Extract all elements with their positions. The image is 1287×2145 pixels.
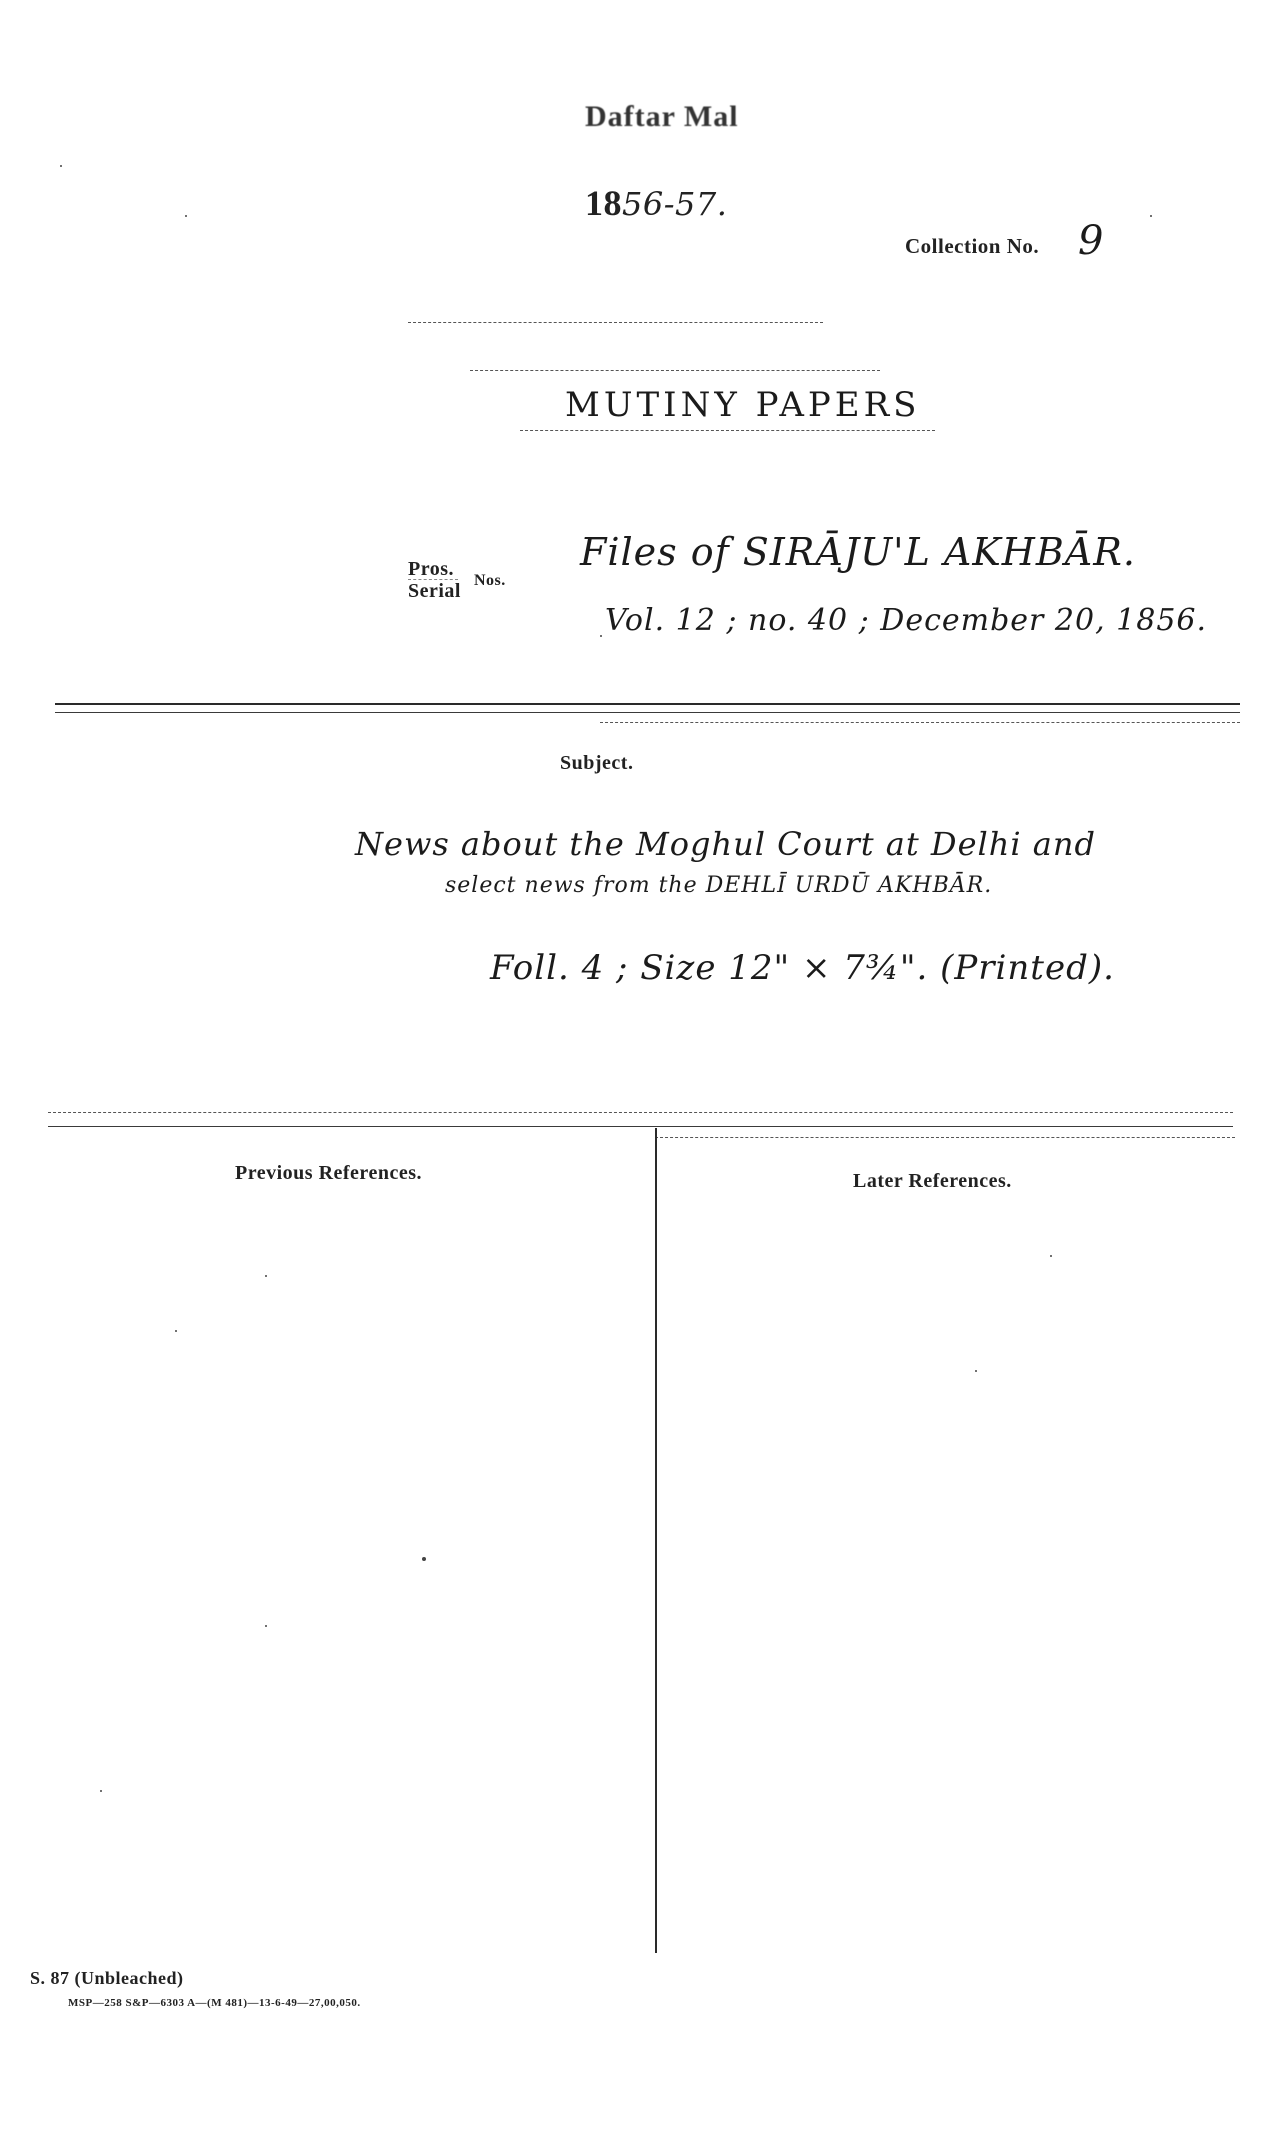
folio-size-line: Foll. 4 ; Size 12" × 7¾". (Printed). (490, 948, 1115, 988)
section-rule-bottom-2 (48, 1126, 1233, 1127)
references-divider (655, 1128, 657, 1953)
section-rule-top-2 (55, 712, 1240, 713)
section-rule-bottom-1 (48, 1112, 1233, 1113)
series-title-underline (520, 430, 935, 431)
files-title: Files of SIRĀJU'L AKHBĀR. (580, 530, 1136, 574)
section-rule-bottom-3 (655, 1137, 1235, 1138)
scan-speck (265, 1625, 267, 1627)
later-references-label: Later References. (853, 1170, 1012, 1193)
header-rule-2 (470, 370, 880, 371)
series-title: MUTINY PAPERS (565, 385, 920, 425)
collection-number: 9 (1078, 218, 1103, 264)
year-handwritten-suffix: 56-57. (622, 185, 727, 223)
scan-speck (1050, 1255, 1052, 1257)
year-printed-prefix: 18 (585, 183, 622, 223)
volume-details: Vol. 12 ; no. 40 ; December 20, 1856. (605, 603, 1207, 638)
year-field: 1856-57. (585, 182, 727, 224)
scan-speck (422, 1557, 426, 1561)
section-rule-top-3 (600, 722, 1240, 723)
previous-references-label: Previous References. (235, 1162, 422, 1185)
serial-label: Serial (408, 580, 461, 602)
scan-speck (975, 1370, 977, 1372)
scan-speck (1150, 215, 1152, 217)
department-stamp: Daftar Mal (585, 100, 739, 134)
nos-label: Nos. (474, 572, 506, 590)
scan-speck (265, 1275, 267, 1277)
collection-label: Collection No. (905, 234, 1039, 259)
form-code: S. 87 (Unbleached) (30, 1968, 184, 1989)
scan-speck (185, 215, 187, 217)
subject-line-2: select news from the DEHLĪ URDŪ AKHBĀR. (445, 873, 992, 898)
pros-label: Pros. (408, 558, 454, 580)
print-imprint: MSP—258 S&P—6303 A—(M 481)—13-6-49—27,00… (68, 1997, 361, 2009)
subject-line-1: News about the Moghul Court at Delhi and (355, 825, 1096, 863)
section-rule-top-1 (55, 703, 1240, 705)
scan-speck (175, 1330, 177, 1332)
subject-label: Subject. (560, 752, 633, 775)
header-rule-1 (408, 322, 823, 323)
scan-speck (100, 1790, 102, 1792)
scan-speck (600, 635, 602, 637)
scan-speck (60, 165, 62, 167)
